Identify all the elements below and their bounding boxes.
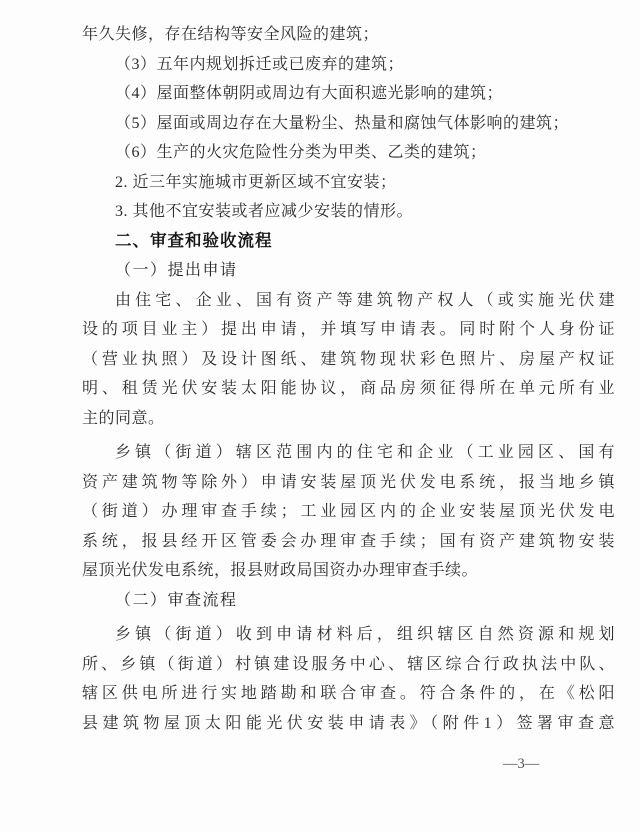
- subsection-heading-submit-application: （一）提出申请: [82, 256, 615, 286]
- page-body: 年久失修，存在结构等安全风险的建筑； （3）五年内规划拆迁或已废弃的建筑； （4…: [82, 20, 615, 738]
- list-item-3: （3）五年内规划拆迁或已废弃的建筑；: [82, 50, 615, 80]
- doc-line: 辖区供电所进行实地踏勘和联合审查。符合条件的，在《松阳: [82, 679, 615, 709]
- doc-line: 由住宅、企业、国有资产等建筑物产权人（或实施光伏建: [82, 286, 615, 316]
- doc-line: 乡镇（街道）收到申请材料后，组织辖区自然资源和规划: [82, 620, 615, 650]
- doc-line: （街道）办理审查手续；工业园区内的企业安装屋顶光伏发电: [82, 497, 615, 527]
- doc-line-paragraph-end: 屋顶光伏发电系统，报县财政局国资办办理审查手续。: [82, 556, 615, 586]
- list-item-no2: 2. 近三年实施城市更新区域不宜安装；: [82, 168, 615, 198]
- doc-line: 明、租赁光伏安装太阳能协议，商品房须征得所在单元所有业: [82, 374, 615, 404]
- doc-line-page-break: 县建筑物屋顶太阳能光伏安装申请表》（附件1）签署审查意: [82, 709, 615, 739]
- doc-line: 设的项目业主）提出申请，并填写申请表。同时附个人身份证: [82, 315, 615, 345]
- scanned-document-page: 年久失修，存在结构等安全风险的建筑； （3）五年内规划拆迁或已废弃的建筑； （4…: [0, 0, 640, 832]
- page-number: —3—: [503, 756, 539, 773]
- list-item-no3: 3. 其他不宜安装或者应减少安装的情形。: [82, 197, 615, 227]
- doc-line: 系统，报县经开区管委会办理审查手续；国有资产建筑物安装: [82, 527, 615, 557]
- doc-line: 资产建筑物等除外）申请安装屋顶光伏发电系统，报当地乡镇: [82, 468, 615, 498]
- list-item-4: （4）屋面整体朝阴或周边有大面积遮光影响的建筑；: [82, 79, 615, 109]
- doc-line-continuation: 年久失修，存在结构等安全风险的建筑；: [82, 20, 615, 50]
- doc-line: 乡镇（街道）辖区范围内的住宅和企业（工业园区、国有: [82, 438, 615, 468]
- list-item-5: （5）屋面或周边存在大量粉尘、热量和腐蚀气体影响的建筑；: [82, 109, 615, 139]
- subsection-heading-review-process: （二）审查流程: [82, 586, 615, 616]
- doc-line: （营业执照）及设计图纸、建筑物现状彩色照片、房屋产权证: [82, 345, 615, 375]
- section-heading-review-and-acceptance: 二、审查和验收流程: [82, 227, 615, 257]
- doc-line-paragraph-end: 主的同意。: [82, 404, 615, 434]
- doc-line: 所、乡镇（街道）村镇建设服务中心、辖区综合行政执法中队、: [82, 650, 615, 680]
- list-item-6: （6）生产的火灾危险性分类为甲类、乙类的建筑；: [82, 138, 615, 168]
